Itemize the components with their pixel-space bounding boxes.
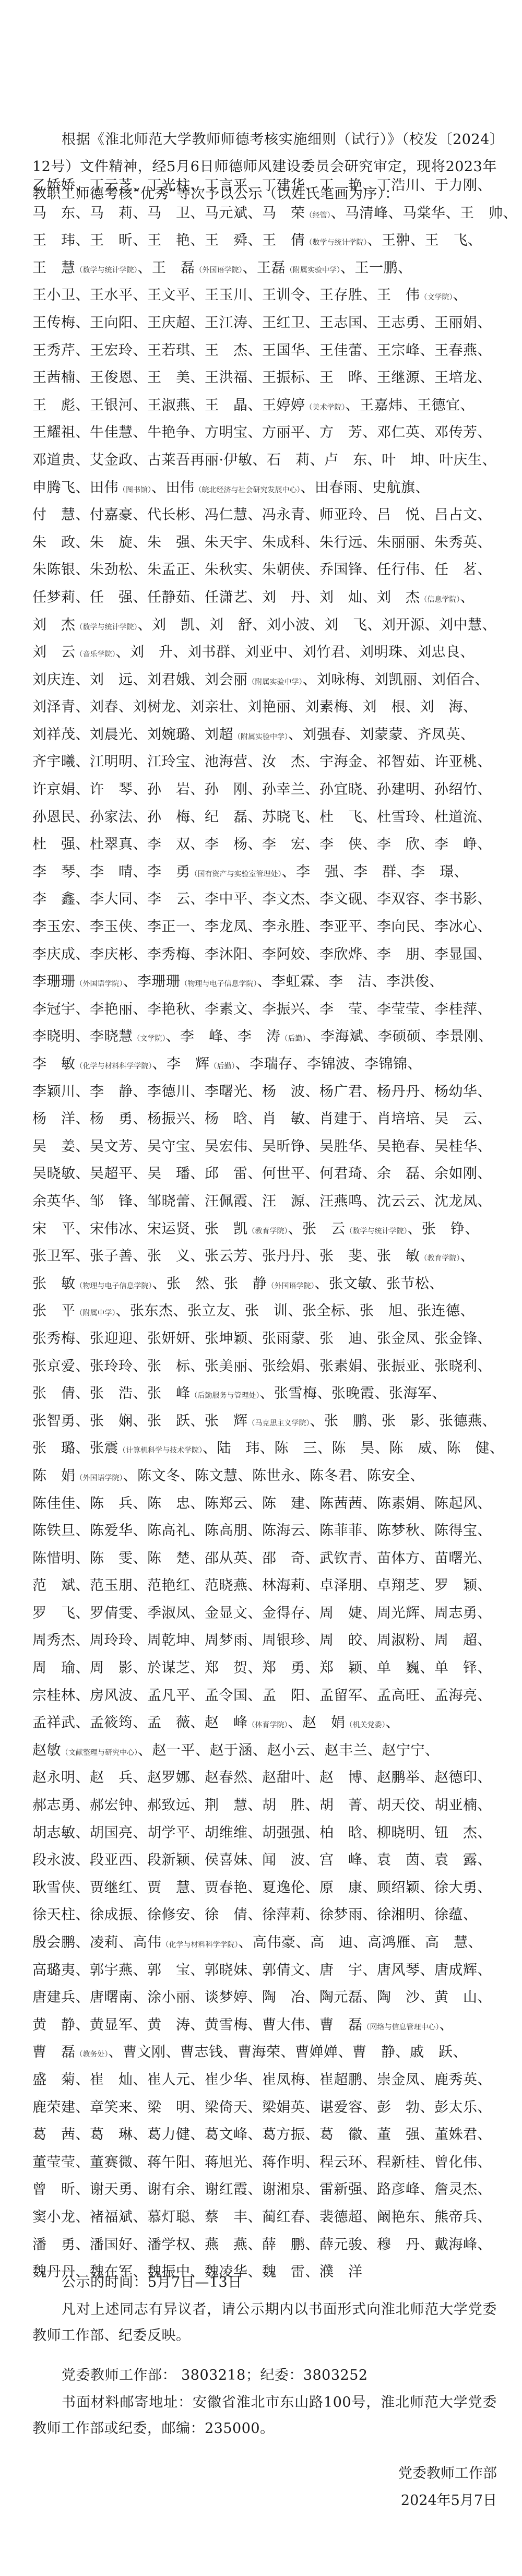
name-line: 李玉宏、李玉侠、李正一、李龙凤、李永胜、李亚平、李向民、李冰心、 [32, 913, 502, 941]
separator: 、 [363, 1880, 377, 1896]
separator: 、 [305, 1193, 320, 1209]
separator: 、 [305, 1660, 320, 1676]
honoree-name: 陈菲菲 [319, 1523, 363, 1539]
honoree-name: 刘 根 [363, 699, 406, 715]
separator: 、 [257, 974, 272, 990]
separator: 、 [116, 1303, 130, 1319]
honoree-name: 潘 勇 [32, 2237, 76, 2253]
honoree-name: 乙娇娇 [32, 177, 76, 194]
separator: 、 [133, 1797, 148, 1813]
separator: 、 [133, 1907, 148, 1923]
separator: 、 [460, 644, 475, 660]
separator: 、 [305, 1248, 320, 1264]
separator: 、 [478, 2209, 492, 2225]
separator: 、 [133, 2209, 148, 2225]
honoree-name: 朱天宇 [205, 535, 248, 551]
separator: 、 [363, 2154, 377, 2170]
honoree-name: 张东杰 [130, 1303, 173, 1319]
honoree-name: 刘晨光 [90, 727, 133, 743]
separator: 、 [76, 1221, 90, 1237]
separator: 、 [478, 370, 492, 386]
separator: 、 [478, 919, 492, 935]
separator: 、 [478, 562, 492, 578]
affiliation-note: （数学与统计学院） [76, 623, 138, 632]
honoree-name: 王 艳 [147, 232, 191, 248]
separator: 、 [425, 617, 440, 633]
separator: 、 [340, 260, 355, 276]
honoree-name: 陈 兵 [90, 1495, 133, 1512]
separator: 、 [306, 1028, 321, 1044]
name-line: 李 敏（化学与材料科学学院）、李 辉（后勤）、李瑞存、李锦波、李锦锦、 [32, 1051, 502, 1078]
separator: 、 [133, 177, 148, 194]
honoree-name: 汪 源 [262, 1193, 305, 1209]
honoree-name: 陈佳佳 [32, 1495, 76, 1512]
honoree-name: 王佳蕾 [319, 342, 363, 359]
honoree-name: 王传梅 [32, 315, 76, 331]
separator: 、 [305, 891, 320, 907]
separator: 、 [76, 781, 90, 798]
honoree-name: 江明明 [90, 754, 133, 770]
honoree-name: 戴海峰 [434, 2237, 478, 2253]
honoree-name: 周 婕 [319, 1605, 363, 1621]
honoree-name: 李 璟 [411, 864, 454, 880]
separator: 、 [191, 589, 205, 606]
separator: 、 [76, 1715, 90, 1731]
honoree-name: 赵罗娜 [147, 1770, 191, 1786]
honoree-name: 王向阳 [90, 315, 133, 331]
honoree-name: 任梦莉 [32, 589, 76, 606]
honoree-name: 周梦雨 [205, 1632, 248, 1648]
affiliation-note: （外国语学院） [195, 266, 243, 275]
honoree-name: 周 皎 [319, 1632, 363, 1648]
separator: 、 [305, 781, 320, 798]
separator: 、 [420, 781, 435, 798]
separator: 、 [398, 260, 412, 276]
separator: 、 [305, 1550, 320, 1566]
separator: 、 [248, 342, 263, 359]
name-line: 刘 云（音乐学院）、刘 升、刘书群、刘亚中、刘竹君、刘明珠、刘忠良、 [32, 639, 502, 667]
honoree-name: 李正一 [147, 919, 191, 935]
affiliation-note: （外国语学院） [76, 980, 123, 988]
separator: 、 [305, 2154, 320, 2170]
separator: 、 [420, 535, 435, 551]
separator: 、 [191, 2209, 205, 2225]
honoree-name: 李 云 [147, 891, 191, 907]
honoree-name: 陈爱华 [90, 1523, 133, 1539]
separator: 、 [76, 1770, 90, 1786]
honoree-name: 杜道流 [434, 809, 478, 825]
separator: 、 [133, 1715, 148, 1731]
separator: 、 [260, 1440, 275, 1456]
honoree-name: 马棠华 [402, 205, 446, 221]
honoree-name: 李 晴 [90, 864, 133, 880]
separator: 、 [420, 1166, 435, 1182]
honoree-name: 程云环 [319, 2154, 363, 2170]
name-line: 杨 洋、杨 勇、杨振兴、杨 晗、肖 敏、肖建于、肖培培、吴 云、 [32, 1106, 502, 1133]
separator: 、 [133, 754, 148, 770]
honoree-name: 李瑞存 [250, 1056, 293, 1072]
honoree-name: 燕 燕 [205, 2237, 248, 2253]
honoree-name: 张 静 [224, 1276, 267, 1292]
name-line: 葛 茜、葛 琳、葛力健、葛文峰、葛方振、葛 徽、董 强、董姝君、 [32, 2121, 502, 2149]
honoree-name: 杜 强 [32, 836, 76, 852]
separator: 、 [76, 1934, 90, 1951]
honoree-name: 任行伟 [377, 562, 420, 578]
honoree-name: 高璐夷 [32, 1962, 76, 1978]
honoree-name: 吴桂华 [434, 1138, 478, 1155]
name-line: 罗 飞、罗倩雯、季淑凤、金显文、金得存、周 婕、周光辉、周志勇、 [32, 1600, 502, 1628]
separator: 、 [420, 2209, 435, 2225]
honoree-name: 贾 慧 [147, 1880, 191, 1896]
honoree-name: 陈得宝 [434, 1523, 478, 1539]
separator: 、 [191, 1331, 205, 1347]
honoree-name: 赵于涵 [210, 1742, 253, 1759]
separator: 、 [76, 562, 90, 578]
separator: 、 [305, 754, 320, 770]
honoree-name: 王水平 [90, 287, 133, 303]
separator: 、 [420, 1660, 435, 1676]
separator: 、 [430, 974, 444, 990]
separator: 、 [478, 2154, 492, 2170]
separator: 、 [305, 535, 320, 551]
honoree-name: 薛 鹏 [262, 2237, 305, 2253]
honoree-name: 张金凤 [377, 1331, 420, 1347]
honoree-name: 谢湘泉 [262, 2181, 305, 2198]
separator: 、 [191, 232, 205, 248]
separator: 、 [76, 2072, 90, 2088]
separator: 、 [248, 1001, 263, 1017]
honoree-name: 齐凤英 [418, 727, 461, 743]
honoree-name: 王德宜 [417, 397, 460, 413]
separator: 、 [305, 1084, 320, 1100]
separator: 、 [133, 507, 148, 523]
honoree-name: 陈 健 [447, 1440, 490, 1456]
honoree-name: 张 标 [147, 1358, 191, 1374]
separator: 、 [76, 1413, 90, 1429]
honoree-name: 崔超鹏 [319, 2072, 363, 2088]
honoree-name: 裴德超 [319, 2209, 363, 2225]
separator: 、 [364, 1028, 378, 1044]
separator: 、 [305, 1001, 320, 1017]
separator: 、 [403, 727, 418, 743]
separator: 、 [133, 1989, 148, 2005]
name-line: 李 鑫、李大同、李 云、李中平、李文杰、李文砚、李双容、李书影、 [32, 886, 502, 913]
separator: 、 [133, 2072, 148, 2088]
separator: 、 [133, 727, 148, 743]
separator: 、 [479, 1028, 493, 1044]
separator: 、 [76, 370, 90, 386]
separator: 、 [288, 727, 303, 743]
honoree-name: 张妍妍 [147, 1331, 191, 1347]
separator: 、 [76, 1111, 90, 1127]
honoree-name: 宫 峰 [319, 1852, 363, 1868]
affiliation-note: （外国语学院） [267, 1282, 315, 1290]
honoree-name: 杨 勇 [90, 1111, 133, 1127]
honoree-name: 邵从英 [205, 1550, 248, 1566]
honoree-name: 崔少华 [205, 2072, 248, 2088]
separator: 、 [248, 1880, 263, 1896]
honoree-name: 李锦锦 [364, 1056, 408, 1072]
honoree-name: 荆 慧 [205, 1797, 248, 1813]
honoree-name: 范 斌 [32, 1577, 76, 1594]
separator: 、 [133, 1221, 148, 1237]
honoree-name: 范艳红 [147, 1577, 191, 1594]
separator: 、 [191, 562, 205, 578]
separator: 、 [133, 589, 148, 606]
honoree-name: 李沐阳 [205, 946, 248, 963]
honoree-name: 陈世永 [252, 1468, 295, 1484]
honoree-name: 王耀祖 [32, 424, 76, 441]
honoree-name: 任静茹 [147, 589, 191, 606]
separator: 、 [152, 1276, 167, 1292]
honoree-name: 王国华 [262, 342, 305, 359]
honoree-name: 沈龙凤 [434, 1193, 478, 1209]
separator: 、 [478, 1605, 492, 1621]
separator: 、 [363, 535, 377, 551]
honoree-name: 孙绍竹 [434, 781, 478, 798]
honoree-name: 刘 远 [90, 672, 133, 688]
separator: 、 [123, 974, 138, 990]
separator: 、 [248, 1523, 263, 1539]
honoree-name: 李冰心 [434, 919, 478, 935]
honoree-name: 杨 波 [262, 1084, 305, 1100]
honoree-name: 单 铎 [434, 1660, 478, 1676]
separator: 、 [76, 424, 90, 441]
honoree-name: 张晓利 [434, 1358, 478, 1374]
honoree-name: 王淑燕 [147, 397, 191, 413]
honoree-name: 陈素娟 [377, 1495, 420, 1512]
separator: 、 [253, 1742, 267, 1759]
separator: 、 [76, 1358, 90, 1374]
name-line: 宗桂林、房风波、孟凡平、孟令国、孟 阳、孟留军、孟高旺、孟海亮、 [32, 1682, 502, 1710]
honoree-name: 李 莹 [319, 1001, 363, 1017]
separator: 、 [191, 919, 205, 935]
honoree-name: 吴 璠 [147, 1166, 191, 1182]
honoree-name-list: 乙娇娇、丁云芝、丁光柱、丁言平、丁建华、丁 艳、丁浩川、于力刚、马 东、马 莉、… [32, 172, 502, 2286]
honoree-name: 李 敏 [32, 1056, 76, 1072]
separator: 、 [363, 2099, 377, 2116]
honoree-name: 刘超 [205, 727, 233, 743]
honoree-name: 赵甜叶 [262, 1770, 305, 1786]
honoree-name: 李艳秋 [147, 1001, 191, 1017]
name-line: 盛 菊、崔 灿、崔人元、崔少华、崔凤梅、崔超鹏、崇金凤、鹿秀英、 [32, 2067, 502, 2094]
honoree-name: 彭太乐 [434, 2099, 478, 2116]
separator: 、 [420, 2237, 435, 2253]
honoree-name: 罗倩雯 [90, 1605, 133, 1621]
honoree-name: 李德川 [147, 1084, 191, 1100]
separator: 、 [363, 891, 377, 907]
separator: 、 [460, 397, 475, 413]
honoree-name: 郭 宝 [147, 1962, 191, 1978]
separator: 、 [133, 1495, 148, 1512]
honoree-name: 吕 悦 [377, 507, 420, 523]
honoree-name: 胡亚楠 [434, 1797, 478, 1813]
separator: 、 [478, 1550, 492, 1566]
separator: 、 [248, 507, 263, 523]
honoree-name: 李 辉 [167, 1056, 210, 1072]
honoree-name: 高 迪 [310, 1934, 353, 1951]
honoree-name: 郝宏钟 [90, 1797, 133, 1813]
honoree-name: 李 峥 [434, 836, 478, 852]
separator: 、 [133, 1825, 148, 1841]
separator: 、 [243, 260, 257, 276]
honoree-name: 宋 平 [32, 1221, 76, 1237]
separator: 、 [305, 2017, 320, 2033]
honoree-name: 张节松 [386, 1276, 430, 1292]
honoree-name: 熊帝兵 [434, 2209, 478, 2225]
honoree-name: 朱孟正 [147, 562, 191, 578]
separator: 、 [166, 2044, 181, 2060]
separator: 、 [478, 1577, 492, 1594]
separator: 、 [446, 205, 460, 221]
separator: 、 [248, 1852, 263, 1868]
separator: 、 [248, 781, 263, 798]
separator: 、 [191, 205, 205, 221]
separator: 、 [478, 1797, 492, 1813]
separator: 、 [248, 370, 263, 386]
honoree-name: 高 慧 [425, 1934, 468, 1951]
honoree-name: 任 强 [90, 589, 133, 606]
separator: 、 [76, 1962, 90, 1978]
separator: 、 [460, 1303, 475, 1319]
honoree-name: 柏 晗 [319, 1825, 363, 1841]
separator: 、 [76, 1605, 90, 1621]
separator: 、 [478, 315, 492, 331]
separator: 、 [248, 1111, 263, 1127]
separator: 、 [372, 974, 387, 990]
honoree-name: 方 芳 [319, 424, 363, 441]
honoree-name: 葛文峰 [205, 2127, 248, 2143]
name-line: 范 斌、范玉朋、范艳红、范晓燕、林海莉、卓泽朋、卓翔芝、罗 颖、 [32, 1572, 502, 1600]
honoree-name: 纪 磊 [205, 809, 248, 825]
honoree-name: 孟高旺 [377, 1688, 420, 1704]
separator: 、 [288, 1221, 303, 1237]
honoree-name: 唐曙南 [90, 1989, 133, 2005]
honoree-name: 王一鹏 [355, 260, 398, 276]
separator: 、 [76, 1660, 90, 1676]
honoree-name: 葛 茜 [32, 2127, 76, 2143]
honoree-name: 郝致远 [147, 1797, 191, 1813]
honoree-name: 陶 沙 [377, 1989, 420, 2005]
honoree-name: 曹 磊 [32, 2044, 76, 2060]
honoree-name: 肖建于 [319, 1111, 363, 1127]
separator: 、 [288, 1303, 303, 1319]
publicity-time-block: 公示的时间：5月7日—13日 [32, 2270, 497, 2296]
separator: 、 [305, 1111, 320, 1127]
honoree-name: 李景刚 [435, 1028, 479, 1044]
honoree-name: 刘忠良 [417, 644, 460, 660]
separator: 、 [348, 699, 363, 715]
separator: 、 [248, 1770, 263, 1786]
separator: 、 [363, 781, 377, 798]
honoree-name: 李 欣 [377, 836, 420, 852]
name-line: 许京娟、许 琴、孙 岩、孙 刚、孙幸兰、孙宜晓、孙建明、孙绍竹、 [32, 776, 502, 804]
honoree-name: 王婷婷 [262, 397, 305, 413]
honoree-name: 徐蕴 [434, 1907, 463, 1923]
separator: 、 [363, 1660, 377, 1676]
separator: 、 [133, 287, 148, 303]
honoree-name: 赵德印 [434, 1770, 478, 1786]
affiliation-note: （外国语学院） [76, 1474, 123, 1482]
name-line: 段永波、段亚西、段新颖、侯喜妹、闻 波、宫 峰、袁 茵、袁 露、 [32, 1847, 502, 1874]
separator: 、 [305, 1825, 320, 1841]
honoree-name: 王丽娟 [434, 315, 478, 331]
honoree-name: 李 杨 [205, 836, 248, 852]
address-block: 书面材料邮寄地址：安徽省淮北市东山路100号，淮北师范大学党委教师工作部或纪委，… [32, 2390, 497, 2442]
separator: 、 [76, 177, 90, 194]
separator: 、 [363, 177, 377, 194]
honoree-name: 周志勇 [434, 1605, 478, 1621]
honoree-name: 李 琴 [32, 864, 76, 880]
honoree-name: 丁云芝 [90, 177, 133, 194]
affiliation-note: （教育学院） [420, 1254, 460, 1263]
honoree-name: 周玲玲 [90, 1632, 133, 1648]
honoree-name: 袁 茵 [377, 1852, 420, 1868]
separator: 、 [253, 617, 267, 633]
name-line: 窦小龙、褚福斌、慕灯聪、蔡 丰、蔺红春、裴德超、阚艳东、熊帝兵、 [32, 2204, 502, 2231]
separator: 、 [475, 672, 490, 688]
separator: 、 [478, 424, 492, 441]
separator: 、 [363, 1605, 377, 1621]
separator: 、 [305, 946, 320, 963]
separator: 、 [367, 1742, 382, 1759]
honoree-name: 杨广君 [319, 1084, 363, 1100]
separator: 、 [305, 177, 320, 194]
honoree-name: 刘素梅 [305, 699, 349, 715]
separator: 、 [133, 946, 148, 963]
name-line: 周秀杰、周玲玲、周乾坤、周梦雨、周银珍、周 皎、周淑粉、周 超、 [32, 1627, 502, 1655]
separator: 、 [396, 2044, 410, 2060]
separator: 、 [305, 2181, 320, 2198]
separator: 、 [248, 1989, 263, 2005]
separator: 、 [363, 1688, 377, 1704]
honoree-name: 李大同 [90, 891, 133, 907]
name-line: 邓道贵、艾金政、古莱吾再丽·伊敏、石 莉、卢 东、叶 坤、叶庆生、 [32, 447, 502, 474]
separator: 、 [420, 2127, 435, 2143]
honoree-name: 李秀梅 [147, 946, 191, 963]
separator: 、 [191, 1825, 205, 1841]
honoree-name: 于力刚 [434, 177, 478, 194]
honoree-name: 邱 雷 [205, 1166, 248, 1182]
separator: 、 [76, 1166, 90, 1182]
separator: 、 [305, 1989, 320, 2005]
separator: 、 [440, 2017, 454, 2033]
separator: 、 [305, 1166, 320, 1182]
honoree-name: 唐风琴 [377, 1962, 420, 1978]
separator: 、 [248, 1577, 263, 1594]
honoree-name: 顾绍颖 [377, 1880, 420, 1896]
honoree-name: 孙恩民 [32, 809, 76, 825]
honoree-name: 李阿姣 [262, 946, 305, 963]
separator: 、 [248, 1797, 263, 1813]
honoree-name: 陈 建 [262, 1495, 305, 1512]
separator: 、 [420, 1688, 435, 1704]
affiliation-note: （附属实验中学） [233, 733, 288, 741]
separator: 、 [248, 1193, 263, 1209]
separator: 、 [133, 315, 148, 331]
separator: 、 [191, 1770, 205, 1786]
contact-phones: 党委教师工作部： 3803218；纪委：3803252 [32, 2363, 497, 2389]
separator: 、 [305, 507, 320, 523]
separator: 、 [248, 1495, 263, 1512]
honoree-name: 刘 云 [32, 644, 76, 660]
separator: 、 [191, 287, 205, 303]
honoree-name: 孙家法 [90, 809, 133, 825]
honoree-name: 潘国好 [90, 2237, 133, 2253]
honoree-name: 苗体方 [377, 1550, 420, 1566]
separator: 、 [363, 2209, 377, 2225]
honoree-name: 丁言平 [205, 177, 248, 194]
